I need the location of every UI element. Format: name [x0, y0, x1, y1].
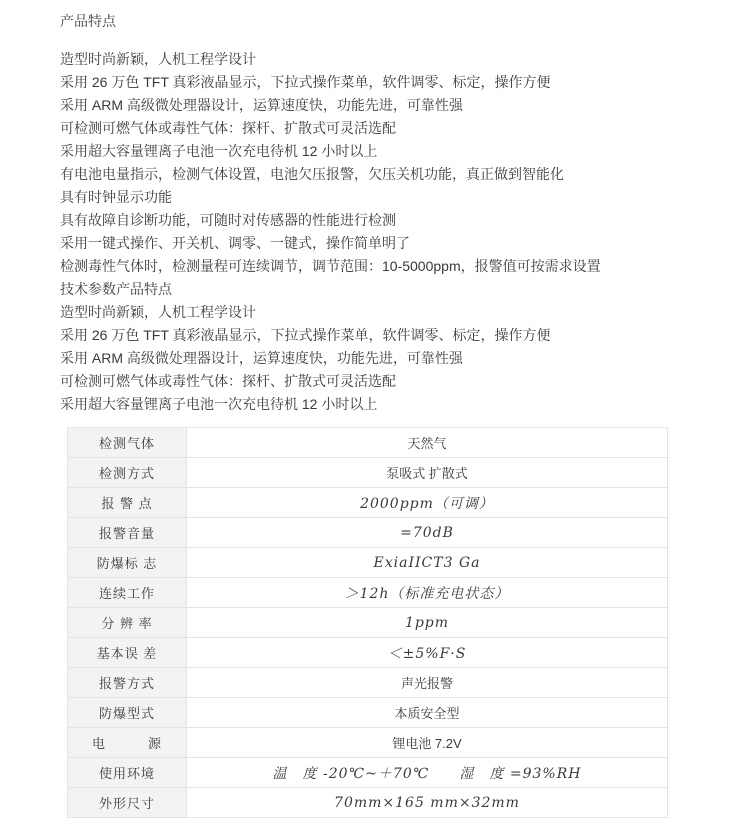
feature-line: 可检测可燃气体或毒性气体：探杆、扩散式可灵活选配 — [60, 117, 720, 140]
spec-row-explosion-proof-type: 防爆型式 本质安全型 — [68, 698, 668, 728]
spec-value: ＜±5%F·S — [187, 638, 668, 668]
spec-value: 天然气 — [187, 428, 668, 458]
spec-label: 防爆标 志 — [68, 548, 187, 578]
features-section: 产品特点 造型时尚新颖，人机工程学设计 采用 26 万色 TFT 真彩液晶显示，… — [60, 10, 720, 416]
spec-row-operating-environment: 使用环境 温 度 -20℃~＋70℃ 湿 度 =93%RH — [68, 758, 668, 788]
feature-line: 具有时钟显示功能 — [60, 186, 720, 209]
spec-value: 声光报警 — [187, 668, 668, 698]
feature-line: 有电池电量指示，检测气体设置，电池欠压报警，欠压关机功能，真正做到智能化 — [60, 163, 720, 186]
spec-label: 报警音量 — [68, 518, 187, 548]
spec-value: =70dB — [187, 518, 668, 548]
spec-row-detection-method: 检测方式 泵吸式 扩散式 — [68, 458, 668, 488]
feature-list: 造型时尚新颖，人机工程学设计 采用 26 万色 TFT 真彩液晶显示，下拉式操作… — [60, 48, 720, 416]
spec-label: 防爆型式 — [68, 698, 187, 728]
spec-label: 报 警 点 — [68, 488, 187, 518]
spec-value: 温 度 -20℃~＋70℃ 湿 度 =93%RH — [187, 758, 668, 788]
section-title: 产品特点 — [60, 10, 720, 33]
spec-label: 基本误 差 — [68, 638, 187, 668]
spec-row-alarm-point: 报 警 点 2000ppm（可调） — [68, 488, 668, 518]
feature-line: 技术参数产品特点 — [60, 278, 720, 301]
spec-value: 本质安全型 — [187, 698, 668, 728]
feature-line: 采用 26 万色 TFT 真彩液晶显示，下拉式操作菜单，软件调零、标定，操作方便 — [60, 71, 720, 94]
feature-line: 造型时尚新颖，人机工程学设计 — [60, 301, 720, 324]
spec-row-power-supply: 电 源 锂电池 7.2V — [68, 728, 668, 758]
feature-line: 采用超大容量锂离子电池一次充电待机 12 小时以上 — [60, 140, 720, 163]
spec-label: 外形尺寸 — [68, 788, 187, 818]
feature-line: 采用 26 万色 TFT 真彩液晶显示，下拉式操作菜单，软件调零、标定，操作方便 — [60, 324, 720, 347]
spec-label: 使用环境 — [68, 758, 187, 788]
document-page: 产品特点 造型时尚新颖，人机工程学设计 采用 26 万色 TFT 真彩液晶显示，… — [0, 0, 750, 838]
spec-value: 锂电池 7.2V — [187, 728, 668, 758]
feature-line: 检测毒性气体时，检测量程可连续调节，调节范围：10-5000ppm，报警值可按需… — [60, 255, 720, 278]
spec-label: 报警方式 — [68, 668, 187, 698]
spec-value: 泵吸式 扩散式 — [187, 458, 668, 488]
spec-value: 1ppm — [187, 608, 668, 638]
spec-table: 检测气体 天然气 检测方式 泵吸式 扩散式 报 警 点 2000ppm（可调） … — [67, 427, 668, 818]
spec-row-dimensions: 外形尺寸 70mm×165 mm×32mm — [68, 788, 668, 818]
spec-row-continuous-operation: 连续工作 ＞12h（标准充电状态） — [68, 578, 668, 608]
spec-value: ＞12h（标准充电状态） — [187, 578, 668, 608]
spec-label: 检测气体 — [68, 428, 187, 458]
spec-label: 检测方式 — [68, 458, 187, 488]
feature-line: 采用超大容量锂离子电池一次充电待机 12 小时以上 — [60, 393, 720, 416]
spec-row-alarm-mode: 报警方式 声光报警 — [68, 668, 668, 698]
spec-label: 连续工作 — [68, 578, 187, 608]
feature-line: 采用 ARM 高级微处理器设计，运算速度快，功能先进，可靠性强 — [60, 347, 720, 370]
spec-row-basic-error: 基本误 差 ＜±5%F·S — [68, 638, 668, 668]
spec-value: ExiaIICT3 Ga — [187, 548, 668, 578]
spec-row-resolution: 分 辨 率 1ppm — [68, 608, 668, 638]
spec-label: 电 源 — [68, 728, 187, 758]
feature-line: 造型时尚新颖，人机工程学设计 — [60, 48, 720, 71]
feature-line: 采用 ARM 高级微处理器设计，运算速度快，功能先进，可靠性强 — [60, 94, 720, 117]
spec-value: 70mm×165 mm×32mm — [187, 788, 668, 818]
spec-value: 2000ppm（可调） — [187, 488, 668, 518]
feature-line: 采用一键式操作、开关机、调零、一键式，操作简单明了 — [60, 232, 720, 255]
spec-row-detected-gas: 检测气体 天然气 — [68, 428, 668, 458]
spec-row-explosion-proof-mark: 防爆标 志 ExiaIICT3 Ga — [68, 548, 668, 578]
feature-line: 具有故障自诊断功能，可随时对传感器的性能进行检测 — [60, 209, 720, 232]
spec-label: 分 辨 率 — [68, 608, 187, 638]
spec-row-alarm-volume: 报警音量 =70dB — [68, 518, 668, 548]
feature-line: 可检测可燃气体或毒性气体：探杆、扩散式可灵活选配 — [60, 370, 720, 393]
